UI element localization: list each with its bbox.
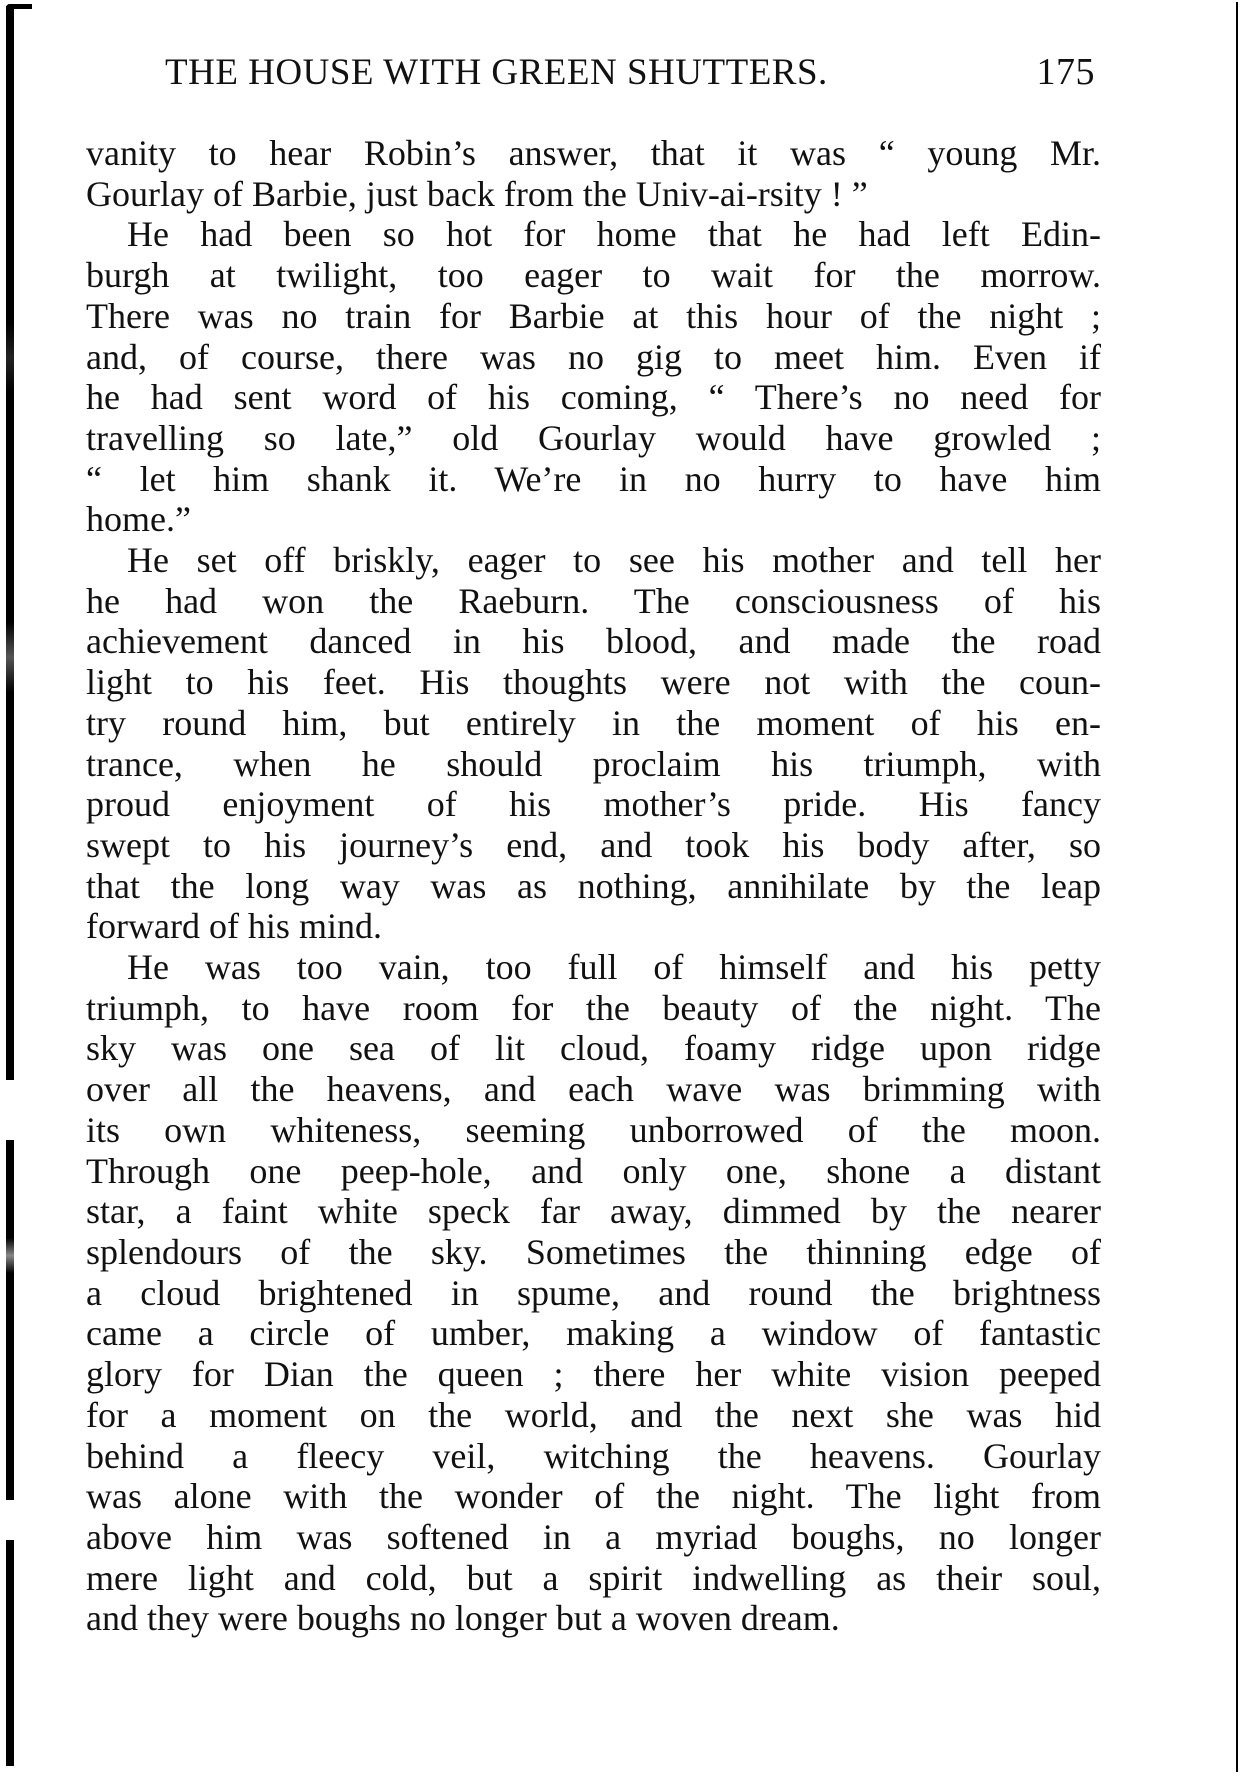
text-line: proud enjoyment of his mother’s pride. H… xyxy=(86,784,1101,825)
binding-edge-gap xyxy=(4,1500,16,1540)
text-line: behind a fleecy veil, witching the heave… xyxy=(86,1436,1101,1477)
text-line: He had been so hot for home that he had … xyxy=(86,214,1101,255)
text-line: its own whiteness, seeming unborrowed of… xyxy=(86,1110,1101,1151)
binding-edge-gap xyxy=(4,1080,16,1140)
text-line: triumph, to have room for the beauty of … xyxy=(86,988,1101,1029)
text-line: Gourlay of Barbie, just back from the Un… xyxy=(86,174,1101,215)
text-line: for a moment on the world, and the next … xyxy=(86,1395,1101,1436)
text-line: was alone with the wonder of the night. … xyxy=(86,1476,1101,1517)
page-right-edge-rule xyxy=(1236,2,1238,1772)
text-line: trance, when he should proclaim his triu… xyxy=(86,744,1101,785)
text-line: There was no train for Barbie at this ho… xyxy=(86,296,1101,337)
paragraph: He set off briskly, eager to see his mot… xyxy=(86,540,1101,947)
text-line: home.” xyxy=(86,499,1101,540)
text-line: splendours of the sky. Sometimes the thi… xyxy=(86,1232,1101,1273)
text-line: mere light and cold, but a spirit indwel… xyxy=(86,1558,1101,1599)
text-line: Through one peep-hole, and only one, sho… xyxy=(86,1151,1101,1192)
text-line: a cloud brightened in spume, and round t… xyxy=(86,1273,1101,1314)
paragraph: He was too vain, too full of himself and… xyxy=(86,947,1101,1639)
running-header: THE HOUSE WITH GREEN SHUTTERS. 175 xyxy=(165,50,1095,100)
text-line: sky was one sea of lit cloud, foamy ridg… xyxy=(86,1028,1101,1069)
paragraph: He had been so hot for home that he had … xyxy=(86,214,1101,540)
running-title: THE HOUSE WITH GREEN SHUTTERS. xyxy=(165,51,828,94)
text-line: and, of course, there was no gig to meet… xyxy=(86,337,1101,378)
text-line: try round him, but entirely in the momen… xyxy=(86,703,1101,744)
text-line: He was too vain, too full of himself and… xyxy=(86,947,1101,988)
text-line: “ let him shank it. We’re in no hurry to… xyxy=(86,459,1101,500)
text-line: vanity to hear Robin’s answer, that it w… xyxy=(86,133,1101,174)
text-line: came a circle of umber, making a window … xyxy=(86,1313,1101,1354)
text-line: burgh at twilight, too eager to wait for… xyxy=(86,255,1101,296)
text-line: he had won the Raeburn. The consciousnes… xyxy=(86,581,1101,622)
text-line: travelling so late,” old Gourlay would h… xyxy=(86,418,1101,459)
text-line: he had sent word of his coming, “ There’… xyxy=(86,377,1101,418)
text-line: He set off briskly, eager to see his mot… xyxy=(86,540,1101,581)
text-line: achievement danced in his blood, and mad… xyxy=(86,621,1101,662)
text-line: and they were boughs no longer but a wov… xyxy=(86,1598,1101,1639)
page-number: 175 xyxy=(1037,50,1096,94)
text-line: forward of his mind. xyxy=(86,906,1101,947)
paragraph: vanity to hear Robin’s answer, that it w… xyxy=(86,133,1101,214)
text-line: glory for Dian the queen ; there her whi… xyxy=(86,1354,1101,1395)
text-line: that the long way was as nothing, annihi… xyxy=(86,866,1101,907)
text-line: swept to his journey’s end, and took his… xyxy=(86,825,1101,866)
text-line: light to his feet. His thoughts were not… xyxy=(86,662,1101,703)
text-line: star, a faint white speck far away, dimm… xyxy=(86,1191,1101,1232)
text-line: over all the heavens, and each wave was … xyxy=(86,1069,1101,1110)
page-curl-corner xyxy=(6,4,32,19)
text-line: above him was softened in a myriad bough… xyxy=(86,1517,1101,1558)
body-text: vanity to hear Robin’s answer, that it w… xyxy=(86,133,1101,1639)
